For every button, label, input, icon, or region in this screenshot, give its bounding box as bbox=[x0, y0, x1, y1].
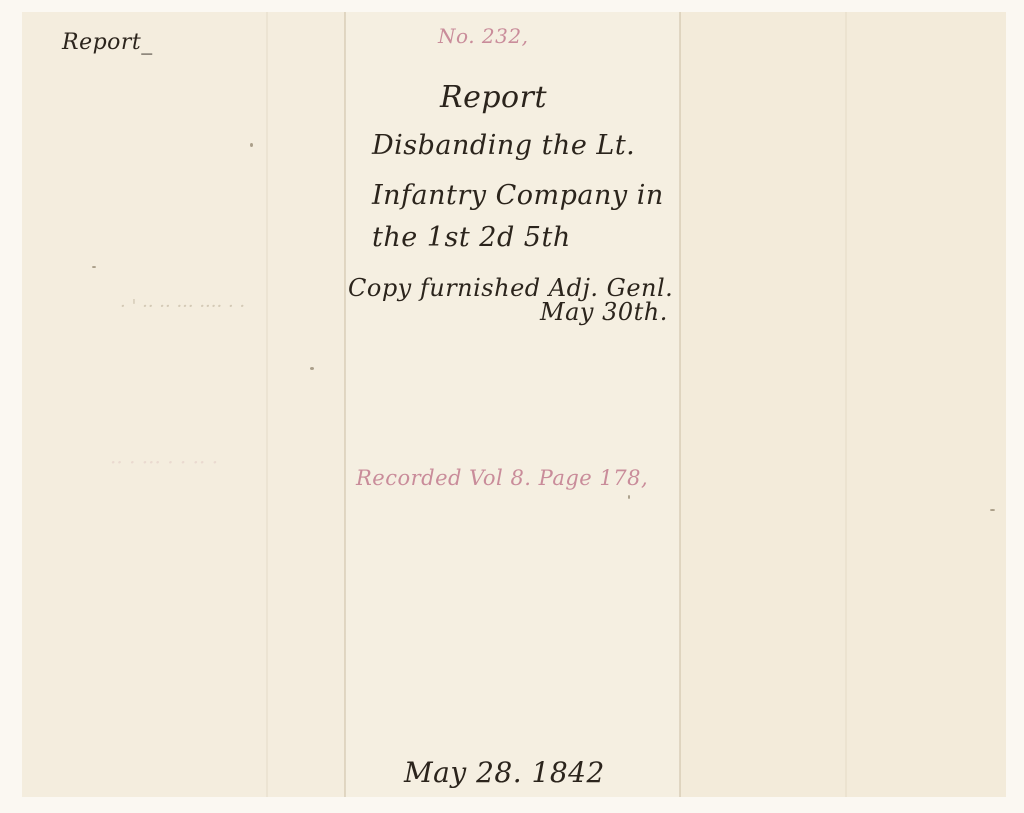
fold-line bbox=[845, 12, 847, 797]
right-panel bbox=[680, 12, 1006, 797]
paper-speck bbox=[92, 266, 96, 268]
docket-title: Report bbox=[440, 80, 547, 115]
bleed-through-text: ·· · ··· · · ·· · bbox=[110, 450, 218, 474]
paper-speck bbox=[628, 495, 630, 499]
docket-number: No. 232, bbox=[438, 24, 528, 48]
fold-line bbox=[344, 12, 346, 797]
subject-line-3: the 1st 2d 5th bbox=[372, 222, 571, 253]
left-panel bbox=[22, 12, 345, 797]
scanned-document: · ' ·· ·· ··· ···· · · ·· · ··· · · ·· ·… bbox=[0, 0, 1024, 813]
file-label: Report_ bbox=[62, 30, 153, 55]
paper-speck bbox=[250, 143, 253, 147]
fold-line bbox=[679, 12, 681, 797]
recorded-note: Recorded Vol 8. Page 178, bbox=[356, 466, 648, 490]
fold-line bbox=[266, 12, 268, 797]
bleed-through-text: · ' ·· ·· ··· ···· · · bbox=[120, 296, 245, 317]
document-date: May 28. 1842 bbox=[404, 756, 605, 789]
subject-line-2: Infantry Company in bbox=[372, 180, 664, 211]
paper-speck bbox=[990, 509, 995, 511]
paper-speck bbox=[310, 367, 314, 370]
copy-furnished-date: May 30th. bbox=[540, 298, 668, 326]
subject-line-1: Disbanding the Lt. bbox=[372, 130, 635, 161]
